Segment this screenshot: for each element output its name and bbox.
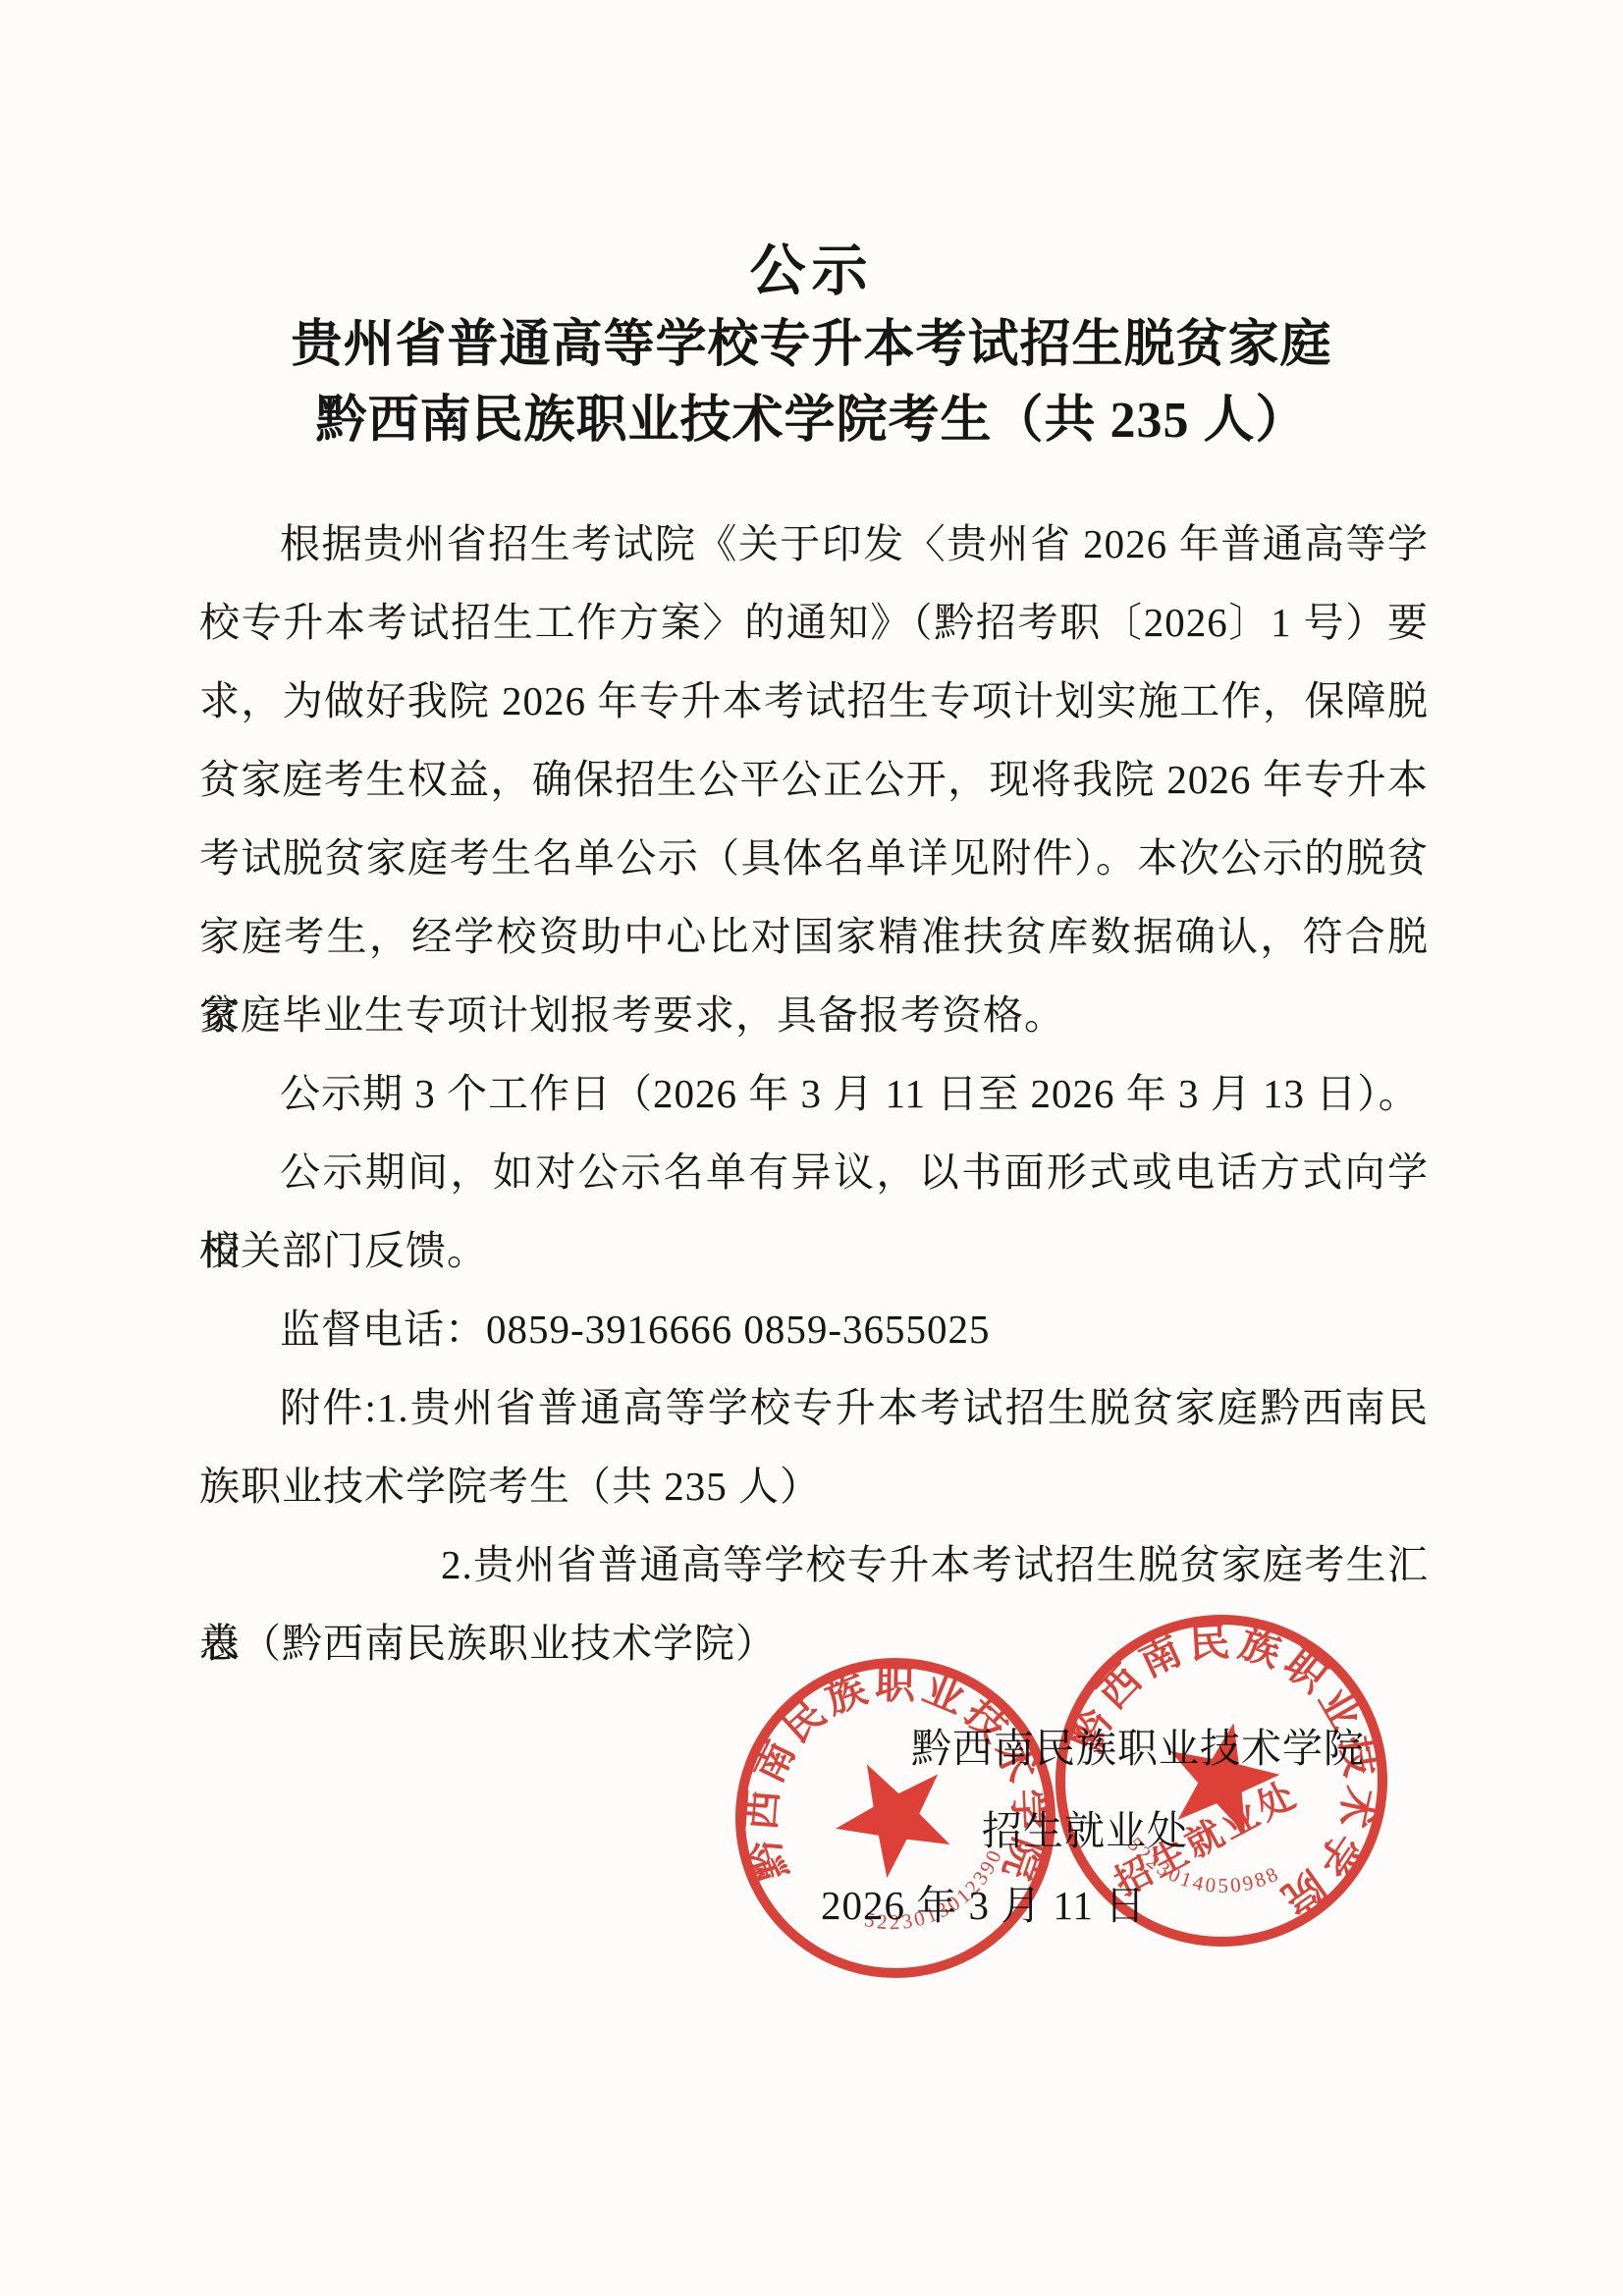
document-subtitle-line1: 贵州省普通高等学校专升本考试招生脱贫家庭	[0, 316, 1623, 375]
document-body: 根据贵州省招生考试院《关于印发〈贵州省 2026 年普通高等学校专升本考试招生工…	[199, 505, 1429, 1682]
body-line: 公示期 3 个工作日（2026 年 3 月 11 日至 2026 年 3 月 1…	[199, 1054, 1429, 1133]
body-line: 2.贵州省普通高等学校专升本考试招生脱贫家庭考生汇总	[199, 1525, 1429, 1604]
body-line: 家庭考生，经学校资助中心比对国家精准扶贫库数据确认，符合脱贫	[199, 897, 1429, 976]
body-line: 贫家庭考生权益，确保招生公平公正公开，现将我院 2026 年专升本	[199, 740, 1429, 819]
body-line: 考试脱贫家庭考生名单公示（具体名单详见附件）。本次公示的脱贫	[199, 819, 1429, 897]
document-subtitle-line2: 黔西南民族职业技术学院考生（共 235 人）	[0, 392, 1623, 451]
body-line: 族职业技术学院考生（共 235 人）	[199, 1447, 1429, 1525]
body-line: 附件:1.贵州省普通高等学校专升本考试招生脱贫家庭黔西南民	[199, 1368, 1429, 1447]
body-line: 求，为做好我院 2026 年专升本考试招生专项计划实施工作，保障脱	[199, 662, 1429, 740]
body-line: 家庭毕业生专项计划报考要求，具备报考资格。	[199, 976, 1429, 1054]
body-line: 监督电话：0859-3916666 0859-3655025	[199, 1290, 1429, 1368]
document-title: 公示	[0, 241, 1623, 302]
document-page: 公示 贵州省普通高等学校专升本考试招生脱贫家庭 黔西南民族职业技术学院考生（共 …	[0, 0, 1623, 2296]
star-icon	[816, 1737, 970, 1889]
body-line: 公示期间，如对公示名单有异议，以书面形式或电话方式向学校	[199, 1133, 1429, 1211]
body-line: 根据贵州省招生考试院《关于印发〈贵州省 2026 年普通高等学	[199, 505, 1429, 583]
official-seal-right: 黔西南民族职业技术学院 招生就业处 5223014050988	[1016, 1575, 1426, 1985]
body-line: 相关部门反馈。	[199, 1211, 1429, 1290]
seal-graphic: 黔西南民族职业技术学院 招生就业处 5223014050988	[1016, 1575, 1426, 1985]
body-line: 校专升本考试招生工作方案〉的通知》（黔招考职〔2026〕1 号）要	[199, 583, 1429, 662]
